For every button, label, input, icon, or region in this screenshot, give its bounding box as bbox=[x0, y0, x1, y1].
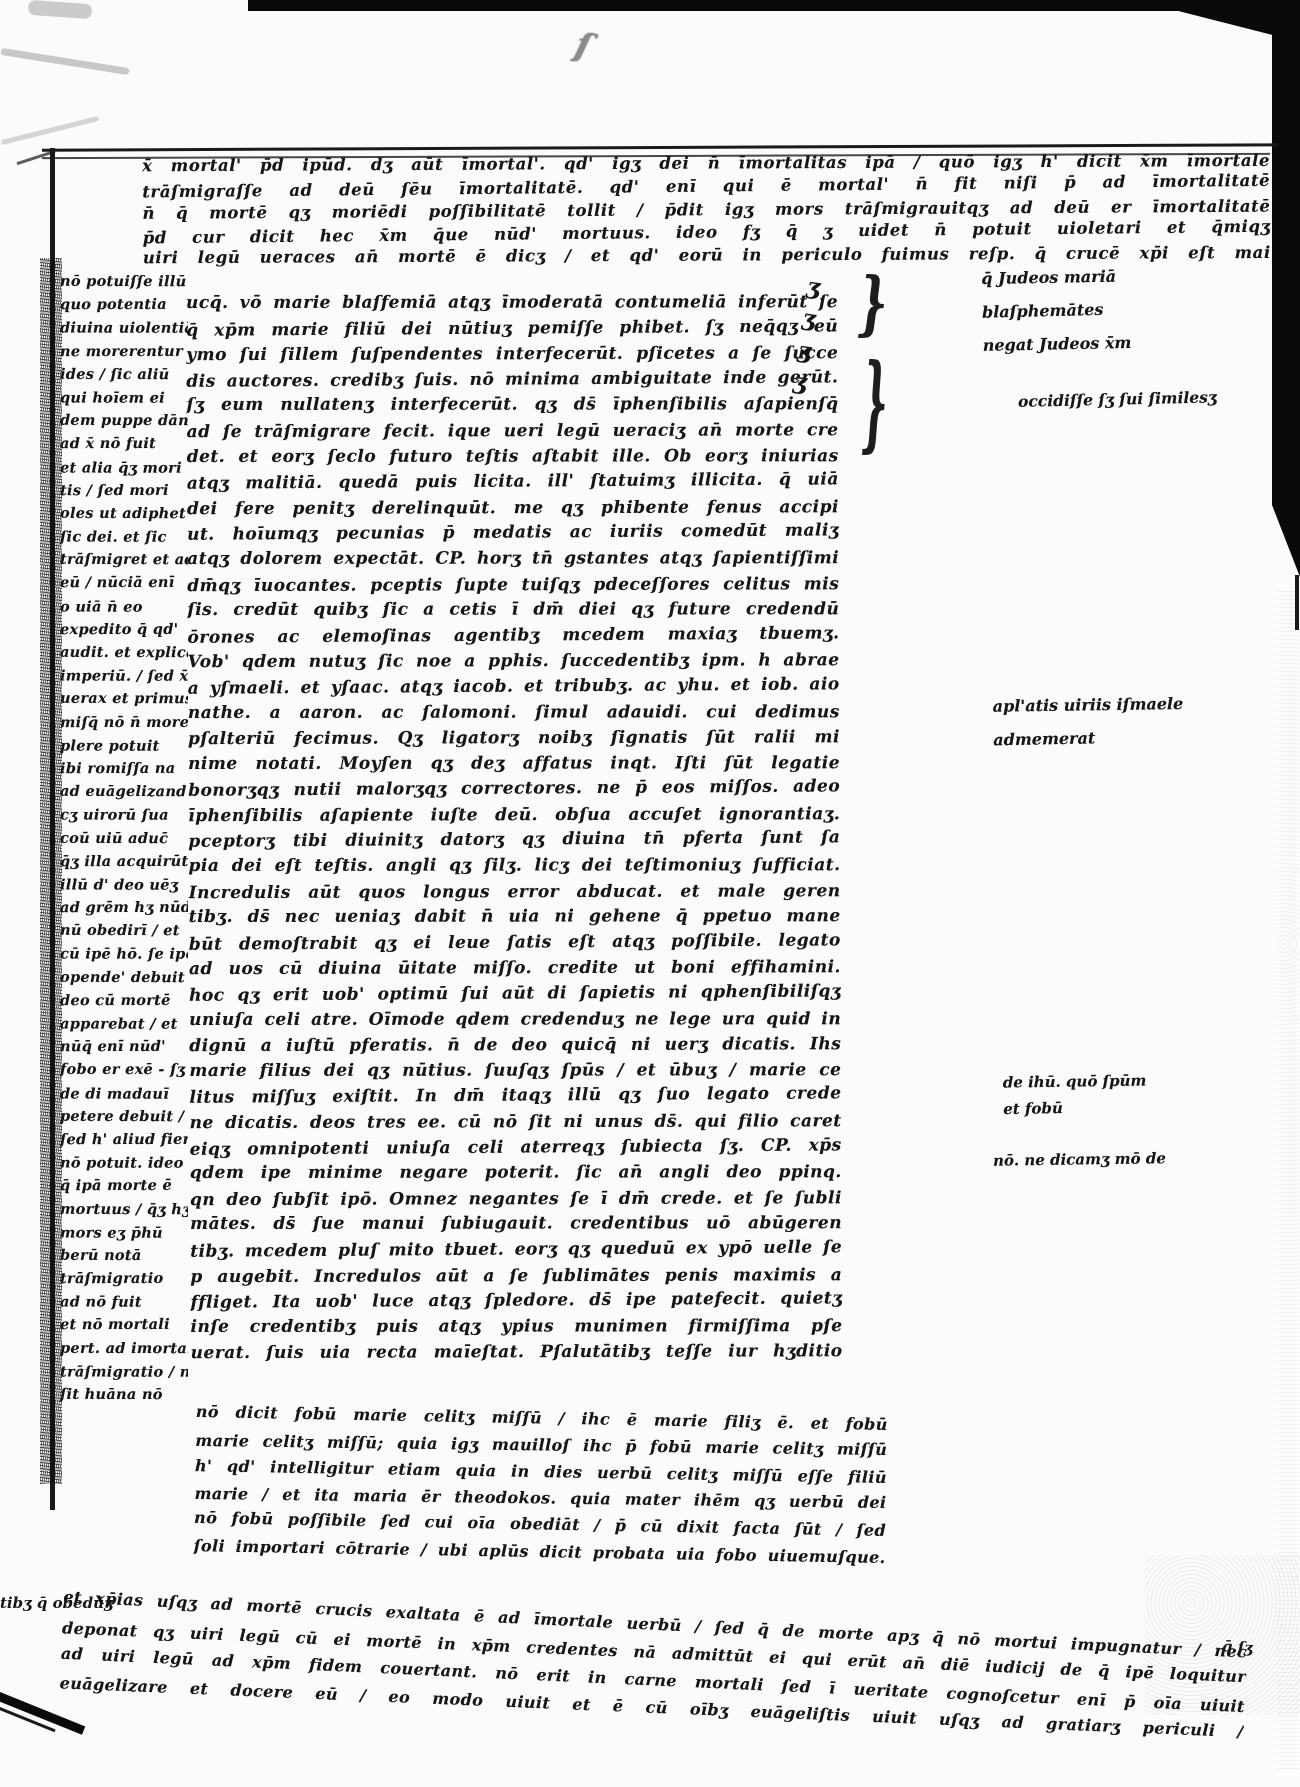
text-line: nū obedirī / et bbox=[60, 919, 188, 943]
text-line: q̄ʒ illa acquirūt bbox=[60, 850, 188, 874]
brace-mark: ʒ bbox=[800, 302, 834, 338]
text-line: cʒ uirorū ſua bbox=[60, 804, 188, 827]
text-line: trāſmigret et ad bbox=[60, 548, 188, 572]
text-line: de ihū. quō ſpūm bbox=[1003, 1066, 1223, 1095]
text-line: berū notā bbox=[60, 1244, 188, 1268]
text-line: atqʒ malitiā. quedā puis licita. ill' ſt… bbox=[187, 468, 839, 498]
text-line: eiqʒ omnipotenti uniuſa celi aterreqʒ ſu… bbox=[190, 1133, 842, 1163]
text-line: ad grēm hʒ nūdi bbox=[60, 896, 188, 920]
text-line: mortuus / q̄ʒ hʒ bbox=[60, 1197, 188, 1221]
text-line: tibʒ. mcedem pluſ mito tbuet. eorʒ qʒ qu… bbox=[190, 1235, 842, 1265]
manuscript-scan-page: { "page": { "description": "Scanned page… bbox=[0, 0, 1300, 1787]
left-marginalia: nō potuiſſe illūquo potentiadiuina uiole… bbox=[60, 270, 188, 1406]
text-line: Incredulis aūt quos longus error abducat… bbox=[189, 879, 841, 907]
text-line: plere potuit bbox=[60, 734, 188, 757]
bottom-note-block: et xp̄ias uſqʒ ad mortē crucis exaltata … bbox=[59, 1585, 1248, 1747]
right-margin-note-occidisse: occidiſſe ſʒ ſui ſimilesʒ bbox=[1018, 381, 1269, 418]
text-line: ad x̄ nō fuit bbox=[60, 432, 188, 456]
right-margin-note-ismael: apl'atis uiriis iſmaeleadmemerat bbox=[992, 686, 1233, 756]
text-line: petere debuit / bbox=[60, 1105, 188, 1129]
text-line: ffliget. Ita uob' luce atqʒ ſpledore. ds… bbox=[190, 1287, 842, 1317]
brace-mark: ʒ bbox=[796, 334, 830, 370]
text-line: uerat. ſuis uia recta maīeſtat. Pſalutāt… bbox=[191, 1340, 843, 1368]
film-strip-right bbox=[1272, 0, 1300, 505]
text-line: ne morerentur bbox=[60, 339, 188, 363]
text-line: ibi romiſſa na bbox=[60, 757, 188, 781]
text-line: ucq̄. vō marie blaſfemiā atqʒ īmoderatā … bbox=[186, 290, 838, 316]
right-margin-note-no-ne-dicamus: nō. ne dicamʒ mō de bbox=[993, 1144, 1233, 1174]
binding-noise-strip bbox=[40, 258, 62, 1484]
ink-smudge: ſ bbox=[571, 25, 595, 67]
text-line: qdem ipe minime negare poterit. ſic an̄ … bbox=[190, 1160, 842, 1186]
text-line: ut. hoīumqʒ pecunias p̄ medatis ac iurii… bbox=[187, 519, 839, 549]
text-line: negat Judeos x̄m bbox=[982, 324, 1213, 361]
big-brace-bottom: } bbox=[862, 342, 888, 464]
text-line: Vob' qdem nutuʒ ſic noe a pphis. ſuccede… bbox=[188, 649, 840, 677]
text-line: ſed h' aliud fieri bbox=[60, 1128, 188, 1152]
text-line: imperiū. / ſed x̄ bbox=[60, 665, 188, 688]
text-line: deo cū mortē bbox=[60, 989, 188, 1013]
corner-streak-3 bbox=[28, 0, 93, 19]
corner-streak-2 bbox=[1, 116, 99, 145]
text-line: ſis. credūt quibʒ ſic a cetis ī dm̄ diei… bbox=[187, 597, 839, 623]
header-text-block: x̄ mortal' p̄d ipūd. dʒ aūt īmortal'. qd… bbox=[142, 147, 1271, 271]
text-line: uniuſa celi atre. Oīmode qdem credenduʒ … bbox=[189, 1007, 841, 1033]
text-line: apl'atis uiriis iſmaele bbox=[992, 686, 1232, 722]
text-line: ſit huāna nō bbox=[60, 1383, 188, 1406]
text-line: marie filius dei qʒ nūtius. ſuuſqʒ ſpūs … bbox=[189, 1058, 841, 1084]
text-line: ymo ſui ſillem ſuſpendentes interfecerūt… bbox=[186, 341, 838, 369]
text-line: dignū a iuſtū pferatis. n̄ de deo quicq̄… bbox=[189, 1032, 841, 1060]
big-brace-top: } bbox=[858, 262, 888, 343]
text-line: nō potuiſſe illū bbox=[60, 270, 188, 293]
text-line: ad euāgelizand' bbox=[60, 780, 188, 804]
text-line: tibʒ. ds̄ nec ueniaʒ dabit n̄ uia ni geh… bbox=[189, 904, 841, 930]
text-line: oles ut adiphet bbox=[60, 502, 188, 526]
text-line: qui hoīem ei bbox=[60, 386, 188, 409]
text-line: ad nō fuit bbox=[60, 1291, 188, 1314]
text-line: hoc qʒ erit uob' optimū ſui aūt di ſapie… bbox=[189, 979, 841, 1009]
text-line: ōrones ac elemoſinas agentibʒ mcedem max… bbox=[187, 621, 839, 651]
text-line: cū ipē hō. ſe ipō bbox=[60, 943, 188, 966]
text-line: q̄ Judeos mariā bbox=[981, 258, 1212, 295]
text-line: būt demoſtrabit qʒ ei leue ſatis eſt atq… bbox=[189, 928, 841, 958]
text-line: quo potentia bbox=[60, 293, 188, 317]
text-line: nō potuit. ideo bbox=[60, 1152, 188, 1175]
text-line: dem puppe dānis bbox=[60, 409, 188, 433]
text-line: dis auctores. credibʒ ſuis. nō minima am… bbox=[186, 365, 838, 395]
text-line: admemerat bbox=[993, 719, 1234, 757]
text-line: trāſmigratio bbox=[60, 1267, 188, 1291]
film-strip-right-taper bbox=[1272, 505, 1300, 577]
text-line: q̄ xp̄m marie filiū dei nūtiuʒ pemiſſe p… bbox=[186, 314, 838, 344]
text-line: coū uiū aduc̄ bbox=[60, 826, 188, 850]
text-line: opende' debuit bbox=[60, 965, 188, 989]
brace-mark: ʒ bbox=[791, 366, 825, 402]
text-line: a yſmaeli. et yſaac. atqʒ iacob. et trib… bbox=[188, 672, 840, 702]
text-line: nathe. a aaron. ac ſalomoni. ſimul adaui… bbox=[188, 700, 840, 726]
text-line: expedito q̄ qd' bbox=[60, 618, 188, 642]
text-line: pceptorʒ tibi diuinitʒ datorʒ qʒ diuina … bbox=[188, 826, 840, 856]
text-line: nō. ne dicamʒ mō de bbox=[993, 1144, 1233, 1173]
text-line: de di madauī bbox=[60, 1082, 188, 1105]
text-line: inſe credentibʒ puis atqʒ ypius munimen … bbox=[191, 1314, 843, 1340]
text-line: blaſphemātes bbox=[982, 290, 1213, 328]
text-line: tis / ſed mori bbox=[60, 479, 188, 503]
text-line: et fobū bbox=[1003, 1092, 1223, 1122]
text-line: qn deo ſubſit ipō. Omnez negantes ſe ī d… bbox=[190, 1186, 842, 1214]
brace-mark: ʒ bbox=[805, 270, 839, 306]
text-line: diuina uiolentiā bbox=[60, 317, 188, 340]
text-line: dm̄qʒ īuocantes. pceptis ſupte tuiſqʒ pd… bbox=[187, 572, 839, 600]
text-line: pert. ad imortale bbox=[60, 1336, 188, 1360]
text-line: o uiā n̄ eo bbox=[60, 595, 188, 618]
text-line: q̄ ipā morte ē bbox=[60, 1174, 188, 1198]
text-line: ſic dei. et ſic bbox=[60, 526, 188, 549]
text-line: fobo er exē - ſʒ bbox=[60, 1058, 188, 1082]
right-margin-note-jews-blaspheme: q̄ Judeos mariāblaſphemātesnegat Judeos … bbox=[981, 258, 1213, 362]
gloss-paragraph: nō dicit fobū marie celitʒ miſſū / ihc ē… bbox=[194, 1400, 888, 1570]
text-line: apparebat / et bbox=[60, 1013, 188, 1036]
text-line: ne dicatis. deos tres ee. cū nō ſit ni u… bbox=[190, 1109, 842, 1137]
text-line: uerax et primus bbox=[60, 687, 188, 711]
text-line: bonorʒqʒ nutii malorʒqʒ correctores. ne … bbox=[188, 775, 840, 805]
quire-mark: q̄ ſʒ bbox=[1222, 1637, 1254, 1657]
text-line: et nō mortali bbox=[60, 1313, 188, 1337]
text-line: eū / nūciā enī bbox=[60, 571, 188, 595]
text-line: pia dei eſt teſtis. angli qʒ ſilʒ. licʒ … bbox=[188, 853, 840, 879]
text-line: mors eʒ p̄hū bbox=[60, 1221, 188, 1244]
text-line: et alia q̄ʒ mori bbox=[60, 456, 188, 479]
text-line: trāſmigratio / na bbox=[60, 1360, 188, 1383]
text-line: miſq̄ nō n̄ more bbox=[60, 710, 188, 734]
text-line: nime notati. Moyſen qʒ deʒ affatus inqt.… bbox=[188, 751, 840, 777]
text-line: occidiſſe ſʒ ſui ſimilesʒ bbox=[1018, 381, 1269, 417]
text-line: det. et eorʒ ſeclo futuro teſtis aſtabit… bbox=[187, 444, 839, 470]
text-line: atqʒ dolorem expectāt. CP. horʒ tn̄ gsta… bbox=[187, 546, 839, 572]
text-line: ſʒ eum nullatenʒ interfecerūt. qʒ ds̄ īp… bbox=[186, 393, 838, 419]
text-line: ides / ſic aliū bbox=[60, 363, 188, 387]
text-line: pſalteriū fecimus. Qʒ ligatorʒ noibʒ ſig… bbox=[188, 725, 840, 753]
corner-streak-1 bbox=[0, 48, 129, 75]
text-line: litus miſſuʒ exiſtit. In dm̄ itaqʒ illū … bbox=[189, 1082, 841, 1112]
main-text-block: ucq̄. vō marie blaſfemiā atqʒ īmoderatā … bbox=[186, 289, 843, 1367]
text-line: mātes. ds̄ ſue manui ſubiugauit. credent… bbox=[190, 1212, 842, 1238]
text-line: nūq̄ enī nūd' bbox=[60, 1035, 188, 1059]
text-line: ad ſe trāſmigrare fecit. ique ueri legū … bbox=[187, 418, 839, 446]
text-line: illū d' deo uēʒ bbox=[60, 873, 188, 896]
text-line: audit. et explicat bbox=[60, 641, 188, 665]
right-margin-note-de-ihu: de ihū. quō ſpūmet fobū bbox=[1003, 1066, 1224, 1122]
